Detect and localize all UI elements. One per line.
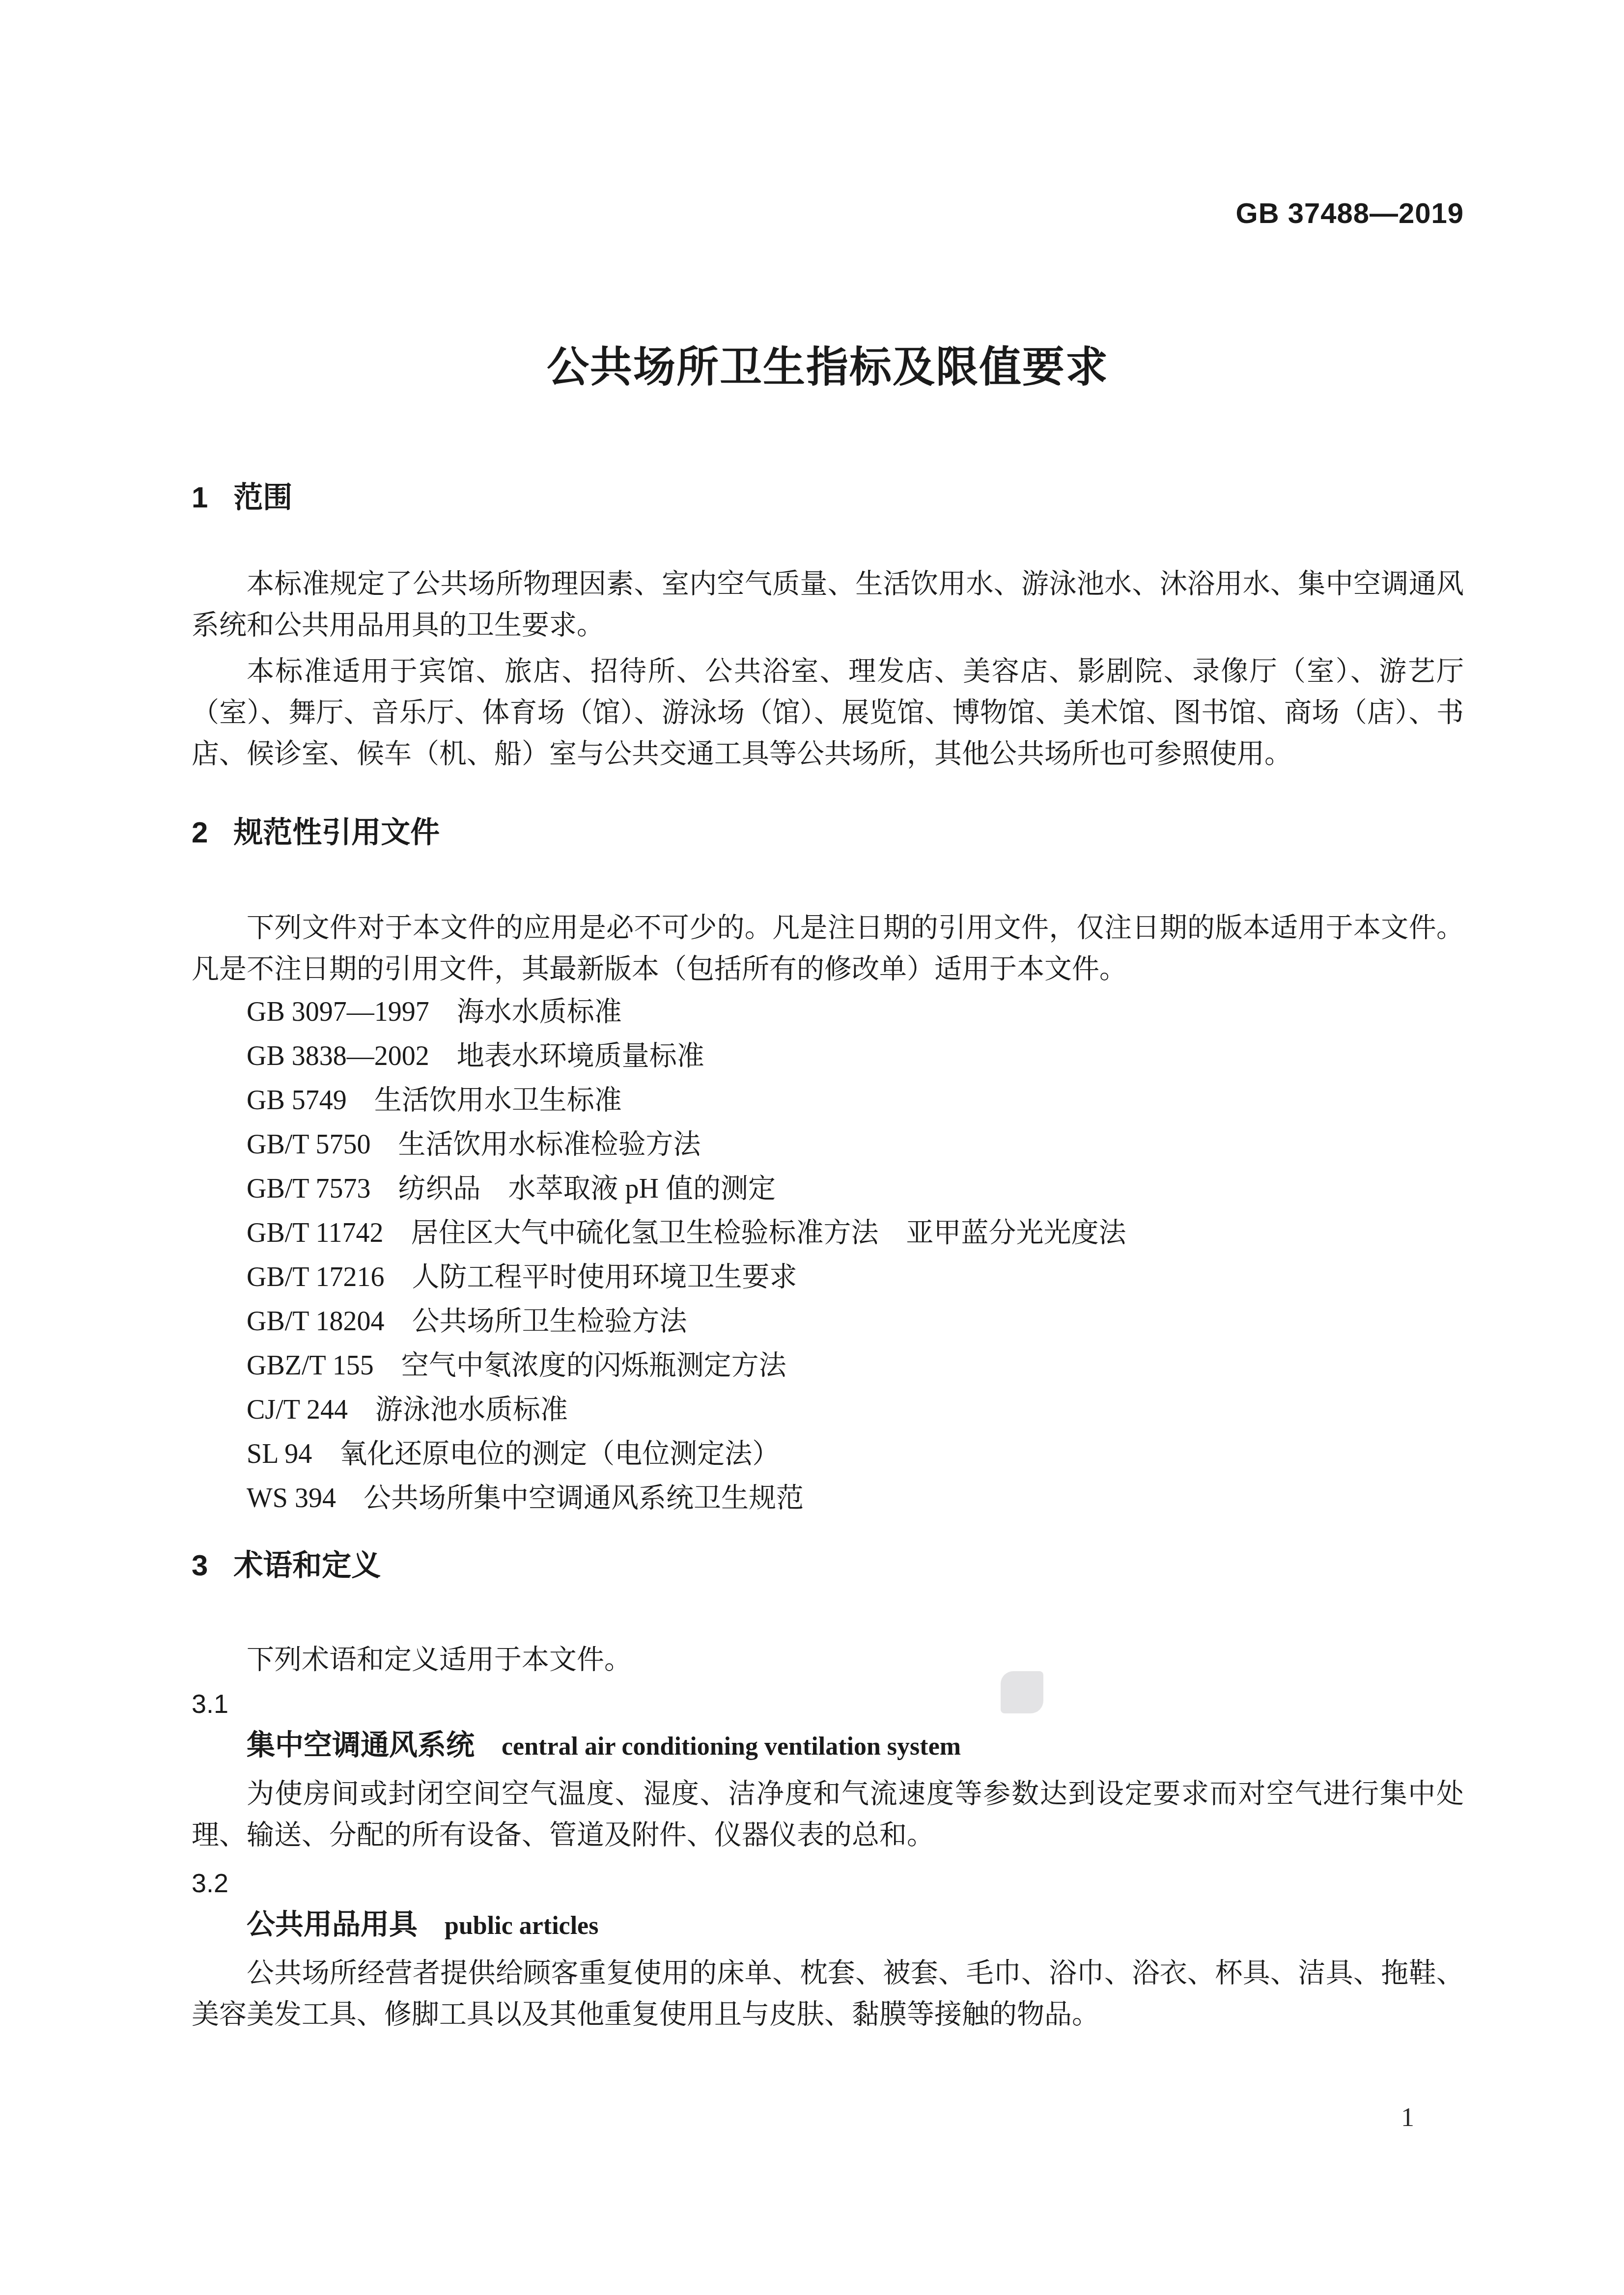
reference-item: SL 94氧化还原电位的测定（电位测定法） [192,1432,1464,1476]
term-1-definition: 为使房间或封闭空间空气温度、湿度、洁净度和气流速度等参数达到设定要求而对空气进行… [192,1773,1464,1856]
reference-code: GB/T 7573 [247,1174,371,1204]
reference-item: GBZ/T 155空气中氡浓度的闪烁瓶测定方法 [192,1343,1464,1388]
scope-paragraph-2: 本标准适用于宾馆、旅店、招待所、公共浴室、理发店、美容店、影剧院、录像厅（室）、… [192,651,1464,775]
term-1-name-zh: 集中空调通风系统 [247,1729,475,1761]
section-3-number: 3 [192,1549,208,1582]
reference-item: GB/T 7573纺织品 水萃取液 pH 值的测定 [192,1167,1464,1211]
reference-code: GB/T 18204 [247,1306,385,1337]
reference-title: 纺织品 水萃取液 pH 值的测定 [398,1174,776,1204]
reference-title: 生活饮用水标准检验方法 [398,1129,701,1160]
section-3-label: 术语和定义 [233,1549,381,1582]
reference-item: GB 3838—2002地表水环境质量标准 [192,1034,1464,1078]
reference-code: WS 394 [247,1483,336,1513]
reference-code: GB 5749 [247,1085,347,1116]
section-3-heading: 3术语和定义 [192,1551,1464,1580]
reference-code: SL 94 [247,1439,312,1469]
reference-code: GB 3097—1997 [247,997,429,1027]
reference-title: 地表水环境质量标准 [457,1041,704,1071]
reference-item: GB/T 17216人防工程平时使用环境卫生要求 [192,1255,1464,1299]
reference-title: 空气中氡浓度的闪烁瓶测定方法 [401,1350,786,1381]
terms-intro: 下列术语和定义适用于本文件。 [192,1639,1464,1680]
reference-item: GB/T 5750生活饮用水标准检验方法 [192,1122,1464,1167]
document-title: 公共场所卫生指标及限值要求 [192,343,1464,392]
reference-title: 公共场所卫生检验方法 [412,1306,687,1337]
reference-code: GB/T 11742 [247,1218,383,1248]
reference-title: 人防工程平时使用环境卫生要求 [412,1262,797,1292]
term-2-name-zh: 公共用品用具 [247,1908,418,1940]
term-1-number: 3.1 [192,1683,1464,1725]
reference-item: GB/T 11742居住区大气中硫化氢卫生检验标准方法 亚甲蓝分光光度法 [192,1211,1464,1255]
reference-code: GB 3838—2002 [247,1041,429,1071]
reference-code: GB/T 5750 [247,1129,371,1160]
section-2-number: 2 [192,816,208,849]
scope-paragraph-1: 本标准规定了公共场所物理因素、室内空气质量、生活饮用水、游泳池水、沐浴用水、集中… [192,563,1464,646]
term-2-name-en: public articles [445,1912,598,1940]
reference-title: 海水水质标准 [457,997,622,1027]
section-1-number: 1 [192,481,208,514]
reference-code: GBZ/T 155 [247,1350,374,1381]
reference-item: GB 3097—1997海水水质标准 [192,990,1464,1034]
term-2-number: 3.2 [192,1863,1464,1904]
reference-item: GB/T 18204公共场所卫生检验方法 [192,1299,1464,1343]
section-scope: 1范围 本标准规定了公共场所物理因素、室内空气质量、生活饮用水、游泳池水、沐浴用… [192,483,1464,775]
reference-title: 居住区大气中硫化氢卫生检验标准方法 亚甲蓝分光光度法 [411,1218,1126,1248]
section-1-heading: 1范围 [192,483,1464,512]
reference-title: 氧化还原电位的测定（电位测定法） [339,1439,780,1469]
section-1-label: 范围 [233,481,292,514]
term-2-heading: 公共用品用具public articles [192,1904,1464,1953]
document-page: GB 37488—2019 公共场所卫生指标及限值要求 1范围 本标准规定了公共… [0,0,1624,2295]
reference-code: GB/T 17216 [247,1262,385,1292]
section-2-heading: 2规范性引用文件 [192,818,1464,847]
section-normative-references: 2规范性引用文件 下列文件对于本文件的应用是必不可少的。凡是注日期的引用文件，仅… [192,818,1464,1520]
term-1-name-en: central air conditioning ventilation sys… [502,1733,961,1761]
term-2-definition: 公共场所经营者提供给顾客重复使用的床单、枕套、被套、毛巾、浴巾、浴衣、杯具、洁具… [192,1953,1464,2035]
reference-title: 游泳池水质标准 [375,1395,568,1425]
reference-item: WS 394公共场所集中空调通风系统卫生规范 [192,1476,1464,1520]
reference-code: CJ/T 244 [247,1395,348,1425]
reference-title: 公共场所集中空调通风系统卫生规范 [364,1483,804,1513]
reference-title: 生活饮用水卫生标准 [374,1085,622,1116]
reference-item: GB 5749生活饮用水卫生标准 [192,1078,1464,1122]
watermark-artifact [1001,1671,1043,1713]
standard-number: GB 37488—2019 [192,196,1464,231]
references-intro: 下列文件对于本文件的应用是必不可少的。凡是注日期的引用文件，仅注日期的版本适用于… [192,907,1464,990]
section-terms-definitions: 3术语和定义 下列术语和定义适用于本文件。 3.1 集中空调通风系统centra… [192,1551,1464,2035]
reference-item: CJ/T 244游泳池水质标准 [192,1388,1464,1432]
page-number: 1 [1401,2104,1414,2130]
reference-list: GB 3097—1997海水水质标准 GB 3838—2002地表水环境质量标准… [192,990,1464,1520]
section-2-label: 规范性引用文件 [233,816,440,849]
term-1-heading: 集中空调通风系统central air conditioning ventila… [192,1725,1464,1773]
